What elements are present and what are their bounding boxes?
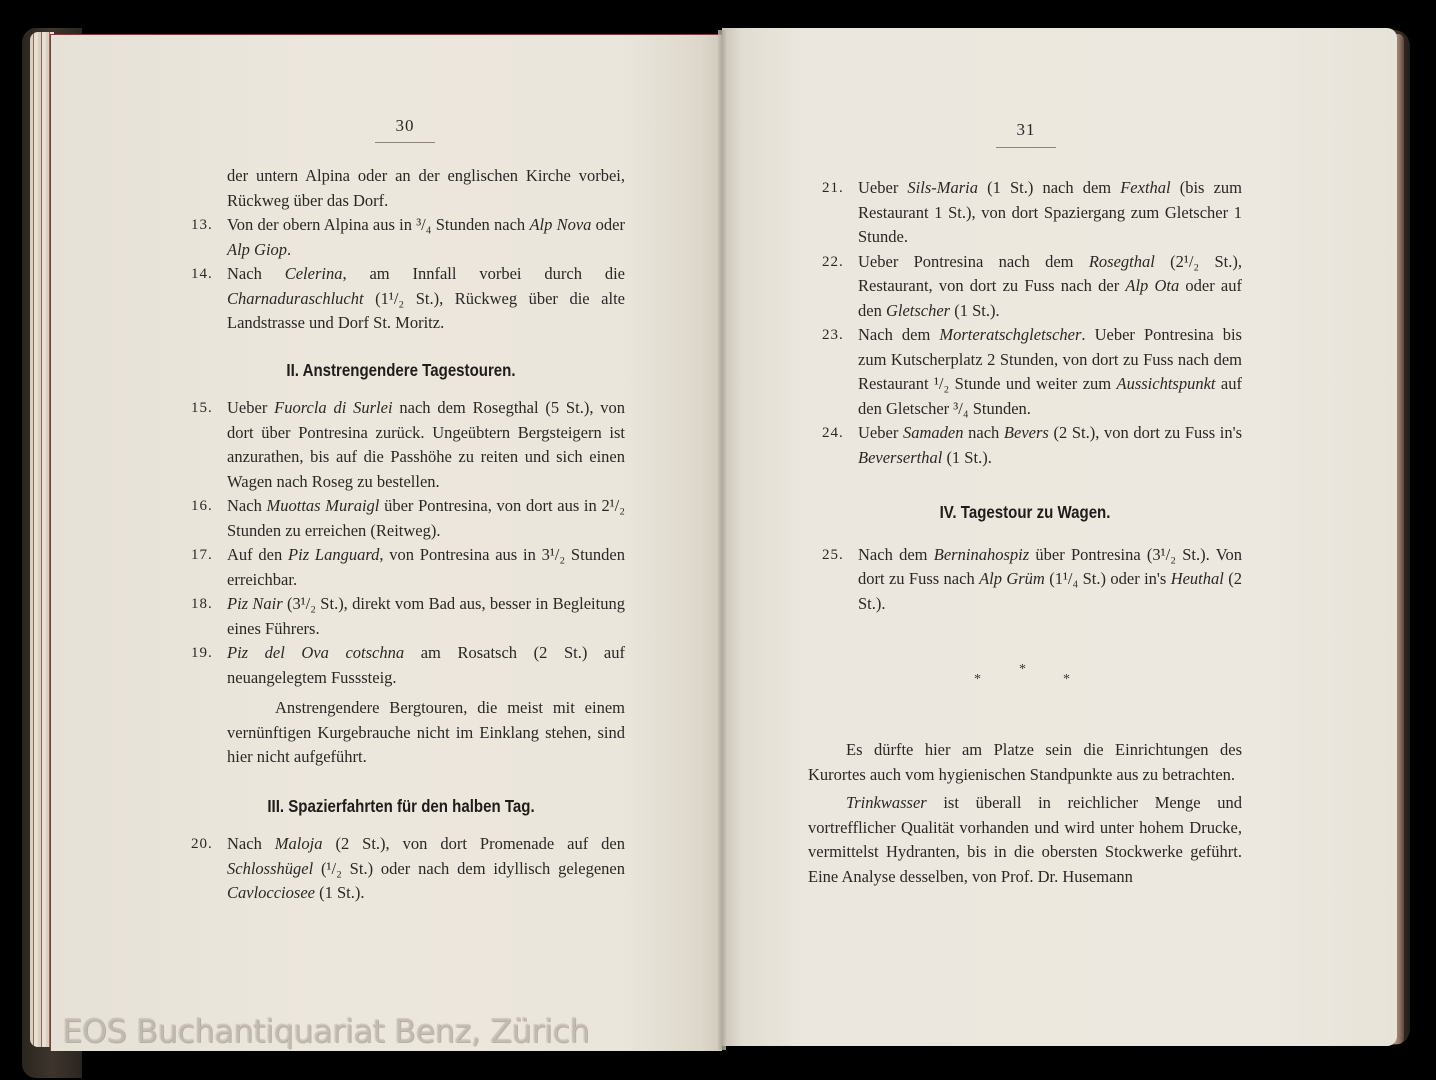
list-item: 23.Nach dem Morteratschgletscher. Ueber … <box>808 323 1242 421</box>
text-run: (1 St.). <box>942 448 992 467</box>
right-page-number: 31 <box>986 120 1066 140</box>
item-number: 17. <box>191 543 213 568</box>
place-name: Fuorcla di Surlei <box>274 398 392 417</box>
item-list: 15.Ueber Fuorcla di Surlei nach dem Rose… <box>177 396 625 690</box>
item-number: 20. <box>191 832 213 857</box>
body-paragraphs: Es dürfte hier am Platze sein die Einric… <box>808 738 1242 889</box>
list-item: 25.Nach dem Berninahospiz über Pontresin… <box>808 543 1242 617</box>
item-list: 25.Nach dem Berninahospiz über Pontresin… <box>808 543 1242 617</box>
place-name: Schlosshügel <box>227 859 313 878</box>
left-page-number: 30 <box>365 116 445 136</box>
book-gutter <box>718 30 726 1050</box>
item-text: Auf den Piz Languard, von Pontresina aus… <box>227 543 625 592</box>
item-text: Nach dem Morteratschgletscher. Ueber Pon… <box>858 323 1242 421</box>
place-name: Sils-Maria <box>907 178 978 197</box>
item-text: Ueber Fuorcla di Surlei nach dem Rosegth… <box>227 396 625 494</box>
text-run: Nach <box>227 496 267 515</box>
text-run: (2 St.), von dort zu Fuss in's <box>1049 423 1242 442</box>
place-name: Celerina <box>285 264 343 283</box>
item-number: 25. <box>822 543 844 568</box>
place-name: Alp Ota <box>1125 276 1179 295</box>
place-name: Morteratschgletscher <box>939 325 1081 344</box>
section-heading-2: II. Anstrengendere Tagestouren. <box>208 358 593 383</box>
right-page-text: 21.Ueber Sils-Maria (1 St.) nach dem Fex… <box>808 176 1242 889</box>
text-run: Von der obern Alpina aus in ³/₄ Stunden … <box>227 215 529 234</box>
text-run: . <box>287 240 291 259</box>
place-name: Fexthal <box>1120 178 1170 197</box>
text-run: Nach <box>227 264 285 283</box>
item-text: Piz del Ova cotschna am Rosatsch (2 St.)… <box>227 641 625 690</box>
place-name: Heuthal <box>1171 569 1224 588</box>
item-text: Ueber Sils-Maria (1 St.) nach dem Fextha… <box>858 176 1242 250</box>
text-run: nach <box>963 423 1003 442</box>
place-name: Aussichtspunkt <box>1117 374 1216 393</box>
asterisk-icon: * <box>1063 668 1070 693</box>
place-name: Piz Nair <box>227 594 283 613</box>
place-name: Maloja <box>275 834 323 853</box>
asterisk-icon: * <box>974 668 981 693</box>
item-number: 14. <box>191 262 213 287</box>
place-name: Samaden <box>903 423 964 442</box>
place-name: Alp Grüm <box>979 569 1045 588</box>
asterisk-icon: * <box>1019 658 1026 683</box>
item-number: 22. <box>822 250 844 275</box>
list-item: 24.Ueber Samaden nach Bevers (2 St.), vo… <box>808 421 1242 470</box>
list-item: 13.Von der obern Alpina aus in ³/₄ Stund… <box>177 213 625 262</box>
continuation-text: der untern Alpina oder an der englischen… <box>177 164 625 213</box>
text-run: Es dürfte hier am Platze sein die Einric… <box>808 740 1242 784</box>
body-paragraph: Trinkwasser ist überall in reichlicher M… <box>808 791 1242 889</box>
list-item: 21.Ueber Sils-Maria (1 St.) nach dem Fex… <box>808 176 1242 250</box>
place-name: Berninahospiz <box>934 545 1029 564</box>
item-text: Nach Muottas Muraigl über Pontresina, vo… <box>227 494 625 543</box>
left-page-text: der untern Alpina oder an der englischen… <box>177 164 625 906</box>
text-run: Nach <box>227 834 275 853</box>
list-item: 14.Nach Celerina, am Innfall vorbei durc… <box>177 262 625 336</box>
separator-asterisks: * * * <box>808 644 1242 694</box>
place-name: Beverserthal <box>858 448 942 467</box>
item-number: 18. <box>191 592 213 617</box>
place-name: Rosegthal <box>1089 252 1155 271</box>
list-item: 15.Ueber Fuorcla di Surlei nach dem Rose… <box>177 396 625 494</box>
left-page-rule <box>375 142 435 143</box>
text-run: Nach dem <box>858 545 934 564</box>
text-run: Ueber Pontresina nach dem <box>858 252 1089 271</box>
place-name: Muottas Muraigl <box>267 496 380 515</box>
section-heading-4: IV. Tagestour zu Wagen. <box>838 500 1211 525</box>
item-text: Nach Celerina, am Innfall vorbei durch d… <box>227 262 625 336</box>
text-run: , am Innfall vorbei durch die <box>342 264 625 283</box>
item-number: 24. <box>822 421 844 446</box>
text-run: Auf den <box>227 545 288 564</box>
place-name: Bevers <box>1004 423 1049 442</box>
section-heading-3: III. Spazierfahrten für den halben Tag. <box>208 794 593 819</box>
item-text: Piz Nair (3¹/₂ St.), direkt vom Bad aus,… <box>227 592 625 641</box>
item-number: 21. <box>822 176 844 201</box>
text-run: (2 St.), von dort Promenade auf den <box>322 834 625 853</box>
list-item: 18.Piz Nair (3¹/₂ St.), direkt vom Bad a… <box>177 592 625 641</box>
watermark: EOS Buchantiquariat Benz, Zürich <box>62 1012 589 1050</box>
place-name: Alp Nova <box>529 215 591 234</box>
right-page-rule <box>996 147 1056 148</box>
list-item: 22.Ueber Pontresina nach dem Rosegthal (… <box>808 250 1242 324</box>
item-text: Nach dem Berninahospiz über Pontresina (… <box>858 543 1242 617</box>
text-run: (¹/₂ St.) oder nach dem idyllisch gelege… <box>313 859 625 878</box>
note-paragraph: Anstrengendere Bergtouren, die meist mit… <box>227 696 625 770</box>
place-name: Trinkwasser <box>846 793 927 812</box>
text-run: (1 St.). <box>950 301 1000 320</box>
list-item: 16.Nach Muottas Muraigl über Pontresina,… <box>177 494 625 543</box>
place-name: Piz Languard <box>288 545 379 564</box>
list-item: 20.Nach Maloja (2 St.), von dort Promena… <box>177 832 625 906</box>
item-number: 13. <box>191 213 213 238</box>
item-number: 19. <box>191 641 213 666</box>
body-paragraph: Es dürfte hier am Platze sein die Einric… <box>808 738 1242 787</box>
text-run: oder <box>591 215 625 234</box>
place-name: Charnaduraschlucht <box>227 289 364 308</box>
text-run: (1¹/₄ St.) oder in's <box>1045 569 1171 588</box>
item-number: 16. <box>191 494 213 519</box>
item-text: Ueber Samaden nach Bevers (2 St.), von d… <box>858 421 1242 470</box>
place-name: Alp Giop <box>227 240 287 259</box>
item-number: 23. <box>822 323 844 348</box>
item-list: 20.Nach Maloja (2 St.), von dort Promena… <box>177 832 625 906</box>
item-text: Ueber Pontresina nach dem Rosegthal (2¹/… <box>858 250 1242 324</box>
item-number: 15. <box>191 396 213 421</box>
item-list: 13.Von der obern Alpina aus in ³/₄ Stund… <box>177 213 625 336</box>
item-list: 21.Ueber Sils-Maria (1 St.) nach dem Fex… <box>808 176 1242 470</box>
text-run: Nach dem <box>858 325 939 344</box>
text-run: Ueber <box>858 178 907 197</box>
list-item: 19.Piz del Ova cotschna am Rosatsch (2 S… <box>177 641 625 690</box>
place-name: Gletscher <box>886 301 950 320</box>
text-run: (3¹/₂ St.), direkt vom Bad aus, besser i… <box>227 594 625 638</box>
text-run: Ueber <box>858 423 903 442</box>
text-run: Ueber <box>227 398 274 417</box>
item-text: Von der obern Alpina aus in ³/₄ Stunden … <box>227 213 625 262</box>
text-run: (1 St.). <box>315 883 365 902</box>
item-text: Nach Maloja (2 St.), von dort Promenade … <box>227 832 625 906</box>
list-item: 17.Auf den Piz Languard, von Pontresina … <box>177 543 625 592</box>
place-name: Piz del Ova cotschna <box>227 643 404 662</box>
text-run: (1 St.) nach dem <box>978 178 1120 197</box>
place-name: Cavlocciosee <box>227 883 315 902</box>
